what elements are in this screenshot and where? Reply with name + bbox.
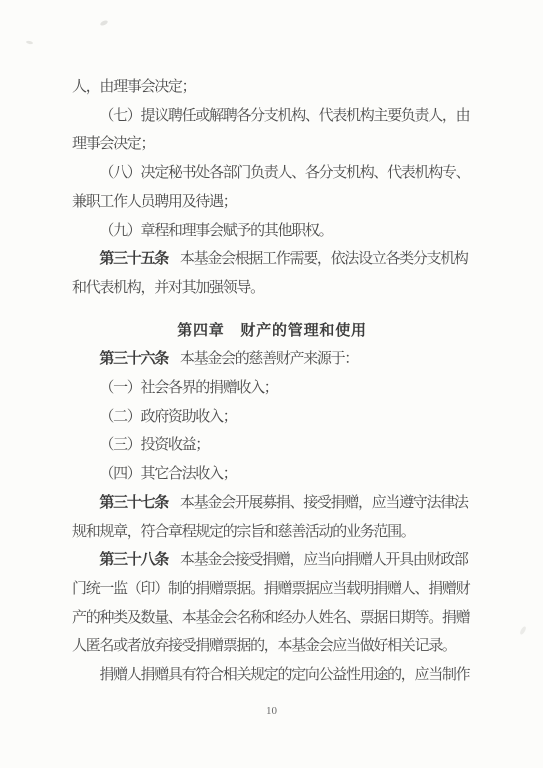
para-item-9: （九）章程和理事会赋予的其他职权。 xyxy=(72,217,472,246)
para-article-37: 第三十七条本基金会开展募捐、接受捐赠，应当遵守法律法规和规章，符合章程规定的宗旨… xyxy=(72,489,472,546)
para-item-7: （七）提议聘任或解聘各分支机构、代表机构主要负责人，由理事会决定； xyxy=(72,102,472,159)
para-directed-donation: 捐赠人捐赠具有符合相关规定的定向公益性用途的，应当制作 xyxy=(72,661,472,690)
para-article-38: 第三十八条本基金会接受捐赠，应当向捐赠人开具由财政部门统一监（印）制的捐赠票据。… xyxy=(72,546,472,661)
scan-artifact-speck xyxy=(100,19,109,26)
para-article-35: 第三十五条本基金会根据工作需要，依法设立各类分支机构和代表机构，并对其加强领导。 xyxy=(72,245,472,302)
para-item-8: （八）决定秘书处各部门负责人、各分支机构、代表机构专、兼职工作人员聘用及待遇； xyxy=(72,159,472,216)
para-item-1: （一）社会各界的捐赠收入； xyxy=(72,374,472,403)
para-item-4: （四）其它合法收入； xyxy=(72,460,472,489)
article-number: 第三十七条 xyxy=(99,495,168,511)
scanned-document-page: 人，由理事会决定；（七）提议聘任或解聘各分支机构、代表机构主要负责人，由理事会决… xyxy=(0,0,543,768)
article-number: 第三十六条 xyxy=(99,351,168,367)
scan-artifact-speck xyxy=(26,40,33,44)
para-article-36: 第三十六条本基金会的慈善财产来源于： xyxy=(72,345,472,374)
para-item-2: （二）政府资助收入； xyxy=(72,403,472,432)
scan-artifact-speck xyxy=(519,626,527,636)
document-body: 人，由理事会决定；（七）提议聘任或解聘各分支机构、代表机构主要负责人，由理事会决… xyxy=(72,73,472,690)
article-number: 第三十五条 xyxy=(99,251,168,267)
para-carryover: 人，由理事会决定； xyxy=(72,73,472,102)
page-number: 10 xyxy=(0,705,543,717)
article-number: 第三十八条 xyxy=(99,552,168,568)
para-item-3: （三）投资收益； xyxy=(72,431,472,460)
chapter-heading-4: 第四章 财产的管理和使用 xyxy=(72,317,472,346)
